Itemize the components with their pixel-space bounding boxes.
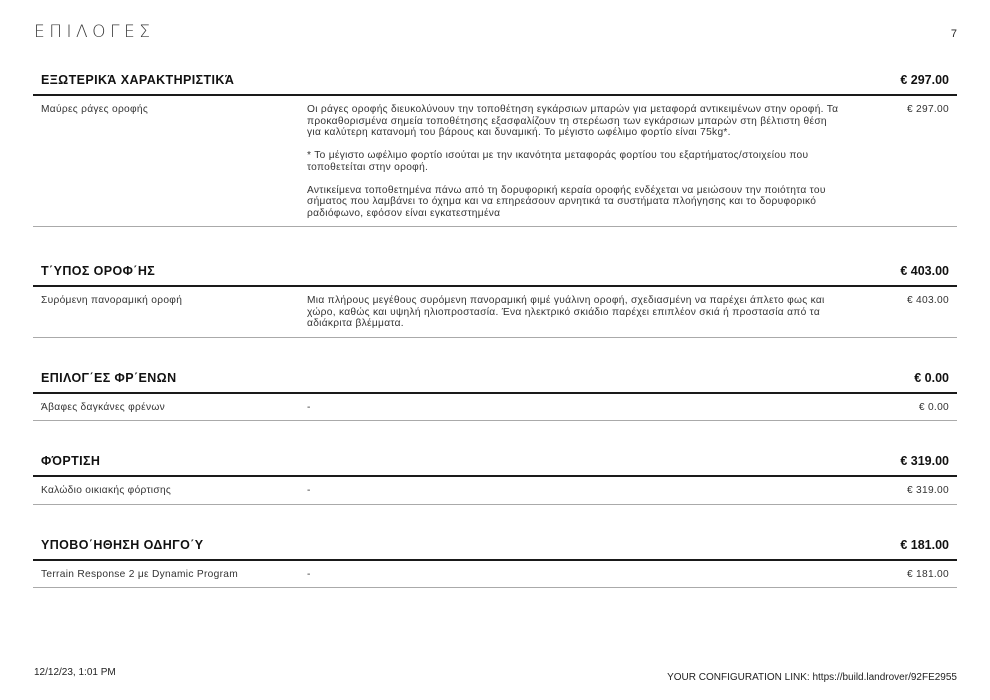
option-row: Μαύρες ράγες οροφής Οι ράγες οροφής διευ…: [33, 96, 957, 227]
section-title: Τ΄ΥΠΟΣ ΟΡΟΦ΄ΗΣ: [41, 264, 155, 285]
option-description: -: [307, 569, 879, 581]
option-row: Καλώδιο οικιακής φόρτισης - € 319.00: [33, 477, 957, 505]
description-paragraph: Οι ράγες οροφής διευκολύνουν την τοποθέτ…: [307, 104, 839, 139]
section-title: ΥΠΟΒΟ΄ΗΘΗΣΗ ΟΔΗΓΟ΄Υ: [41, 538, 204, 559]
description-paragraph: -: [307, 569, 839, 581]
section-header: ΥΠΟΒΟ΄ΗΘΗΣΗ ΟΔΗΓΟ΄Υ € 181.00: [33, 527, 957, 561]
section-title: ΕΞΩΤΕΡΙΚΆ ΧΑΡΑΚΤΗΡΙΣΤΙΚΆ: [41, 73, 234, 94]
section-total-price: € 403.00: [900, 264, 949, 285]
section-header: ΕΠΙΛΟΓ΄ΕΣ ΦΡ΄ΕΝΩΝ € 0.00: [33, 360, 957, 394]
section-title: ΕΠΙΛΟΓ΄ΕΣ ΦΡ΄ΕΝΩΝ: [41, 371, 177, 392]
options-list: ΕΞΩΤΕΡΙΚΆ ΧΑΡΑΚΤΗΡΙΣΤΙΚΆ € 297.00 Μαύρες…: [33, 62, 957, 588]
option-row: Άβαφες δαγκάνες φρένων - € 0.00: [33, 394, 957, 422]
section-charging: ΦΌΡΤΙΣΗ € 319.00 Καλώδιο οικιακής φόρτισ…: [33, 443, 957, 505]
option-description: Μια πλήρους μεγέθους συρόμενη πανοραμική…: [307, 295, 879, 330]
option-description: -: [307, 485, 879, 497]
footer-date: 12/12/23, 1:01 PM: [34, 667, 116, 678]
option-description: -: [307, 402, 879, 414]
section-total-price: € 181.00: [900, 538, 949, 559]
option-name: Terrain Response 2 με Dynamic Program: [41, 569, 307, 581]
option-description: Οι ράγες οροφής διευκολύνουν την τοποθέτ…: [307, 104, 879, 219]
section-exterior-features: ΕΞΩΤΕΡΙΚΆ ΧΑΡΑΚΤΗΡΙΣΤΙΚΆ € 297.00 Μαύρες…: [33, 62, 957, 227]
section-title: ΦΌΡΤΙΣΗ: [41, 454, 100, 475]
description-paragraph: Αντικείμενα τοποθετημένα πάνω από τη δορ…: [307, 185, 839, 220]
option-price: € 0.00: [879, 402, 949, 414]
section-header: ΦΌΡΤΙΣΗ € 319.00: [33, 443, 957, 477]
option-price: € 403.00: [879, 295, 949, 330]
page-number: 7: [951, 28, 957, 40]
description-paragraph: -: [307, 485, 839, 497]
option-row: Συρόμενη πανοραμική οροφή Μια πλήρους με…: [33, 287, 957, 338]
section-header: ΕΞΩΤΕΡΙΚΆ ΧΑΡΑΚΤΗΡΙΣΤΙΚΆ € 297.00: [33, 62, 957, 96]
option-row: Terrain Response 2 με Dynamic Program - …: [33, 561, 957, 589]
page-title: ΕΠΙΛΟΓΕΣ: [34, 22, 155, 42]
option-name: Άβαφες δαγκάνες φρένων: [41, 402, 307, 414]
description-paragraph: Μια πλήρους μεγέθους συρόμενη πανοραμική…: [307, 295, 839, 330]
section-total-price: € 0.00: [914, 371, 949, 392]
option-price: € 297.00: [879, 104, 949, 219]
description-paragraph: * Το μέγιστο ωφέλιμο φορτίο ισούται με τ…: [307, 150, 839, 173]
option-name: Συρόμενη πανοραμική οροφή: [41, 295, 307, 330]
option-name: Καλώδιο οικιακής φόρτισης: [41, 485, 307, 497]
section-driver-assistance: ΥΠΟΒΟ΄ΗΘΗΣΗ ΟΔΗΓΟ΄Υ € 181.00 Terrain Res…: [33, 527, 957, 589]
option-name: Μαύρες ράγες οροφής: [41, 104, 307, 219]
section-brake-options: ΕΠΙΛΟΓ΄ΕΣ ΦΡ΄ΕΝΩΝ € 0.00 Άβαφες δαγκάνες…: [33, 360, 957, 422]
section-total-price: € 319.00: [900, 454, 949, 475]
section-header: Τ΄ΥΠΟΣ ΟΡΟΦ΄ΗΣ € 403.00: [33, 253, 957, 287]
configuration-link[interactable]: YOUR CONFIGURATION LINK: https://build.l…: [667, 672, 957, 683]
option-price: € 319.00: [879, 485, 949, 497]
description-paragraph: -: [307, 402, 839, 414]
section-total-price: € 297.00: [900, 73, 949, 94]
section-roof-type: Τ΄ΥΠΟΣ ΟΡΟΦ΄ΗΣ € 403.00 Συρόμενη πανοραμ…: [33, 253, 957, 338]
option-price: € 181.00: [879, 569, 949, 581]
